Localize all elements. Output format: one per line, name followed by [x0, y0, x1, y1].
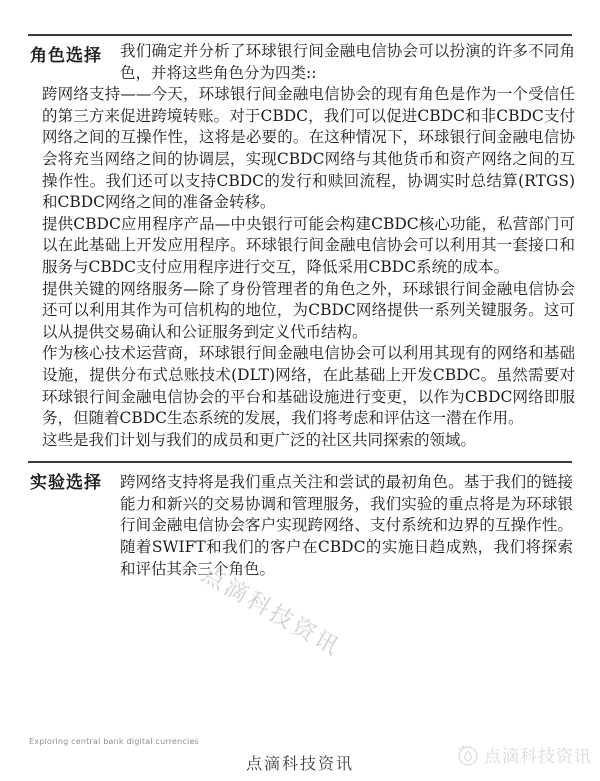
- section-heading: 角色选择: [30, 41, 102, 66]
- paragraph: 我们确定并分析了环球银行间金融电信协会可以扮演的许多不同角色，并将这些角色分为四…: [120, 41, 575, 84]
- section-role-selection: 角色选择 我们确定并分析了环球银行间金融电信协会可以扮演的许多不同角色，并将这些…: [0, 36, 600, 451]
- paragraph: 提供CBDC应用程序产品—中央银行可能会构建CBDC核心功能，私营部门可以在此基…: [42, 214, 575, 279]
- paragraph: 提供关键的网络服务—除了身份管理者的角色之外，环球银行间金融电信协会还可以利用其…: [42, 279, 575, 344]
- paragraph: 这些是我们计划与我们的成员和更广泛的社区共同探索的领域。: [42, 430, 575, 452]
- section-experiment-selection: 实验选择 跨网络支持将是我们重点关注和尝试的最初角色。基于我们的链接能力和新兴的…: [0, 463, 600, 580]
- paragraph: 跨网络支持——今天，环球银行间金融电信协会的现有角色是作为一个受信任的第三方来促…: [42, 84, 575, 214]
- paragraph: 作为核心技术运营商，环球银行间金融电信协会可以利用其现有的网络和基础设施，提供分…: [42, 343, 575, 429]
- footer-brand-right: 点滴科技资讯: [455, 742, 592, 767]
- droplet-logo-icon: [455, 743, 479, 767]
- footer-brand-right-label: 点滴科技资讯: [484, 742, 592, 767]
- paragraph: 跨网络支持将是我们重点关注和尝试的最初角色。基于我们的链接能力和新兴的交易协调和…: [120, 472, 573, 580]
- footer-left-note: Exploring central bank digital currencie…: [29, 737, 199, 746]
- section-heading: 实验选择: [30, 468, 102, 493]
- document-page: 角色选择 我们确定并分析了环球银行间金融电信协会可以扮演的许多不同角色，并将这些…: [0, 0, 600, 781]
